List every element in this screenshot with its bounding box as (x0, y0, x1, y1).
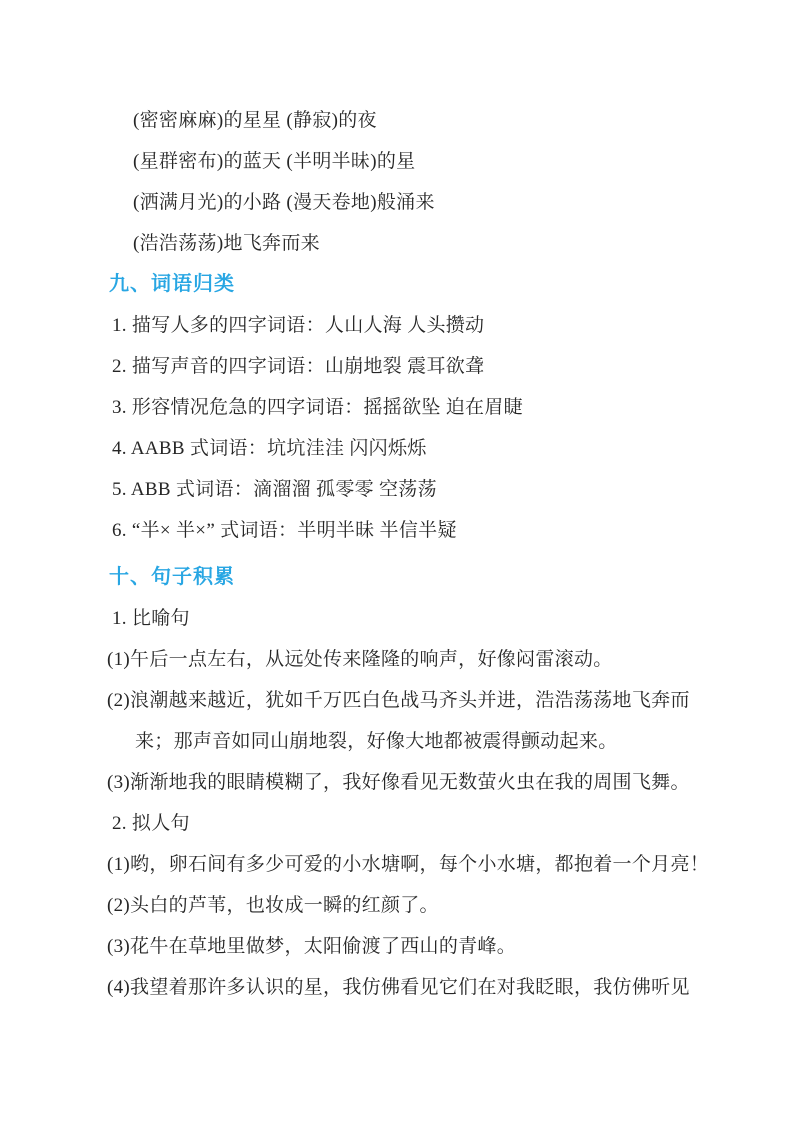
sentence-line: (1)哟，卵石间有多少可爱的小水塘啊，每个小水塘，都抱着一个月亮！ (107, 844, 733, 885)
word-category-item: 3. 形容情况危急的四字词语：摇摇欲坠 迫在眉睫 (107, 387, 733, 428)
word-category-item: 6. “半× 半×” 式词语：半明半昧 半信半疑 (107, 510, 733, 551)
document-content: (密密麻麻)的星星 (静寂)的夜(星群密布)的蓝天 (半明半昧)的星(洒满月光)… (107, 100, 733, 1008)
section-heading-sentence-accumulation: 十、句子积累 (107, 557, 733, 598)
sentence-type-label: 1. 比喻句 (107, 598, 733, 639)
sentence-line: (2)头白的芦苇，也妆成一瞬的红颜了。 (107, 885, 733, 926)
document-page: (密密麻麻)的星星 (静寂)的夜(星群密布)的蓝天 (半明半昧)的星(洒满月光)… (0, 0, 793, 1122)
sentence-line: (3)渐渐地我的眼睛模糊了，我好像看见无数萤火虫在我的周围飞舞。 (107, 762, 733, 803)
sentence-line: 来；那声音如同山崩地裂，好像大地都被震得颤动起来。 (107, 721, 733, 762)
word-category-item: 4. AABB 式词语：坑坑洼洼 闪闪烁烁 (107, 428, 733, 469)
collocation-line: (星群密布)的蓝天 (半明半昧)的星 (107, 141, 733, 182)
sentence-line: (2)浪潮越来越近，犹如千万匹白色战马齐头并进，浩浩荡荡地飞奔而 (107, 680, 733, 721)
section-heading-word-categories: 九、词语归类 (107, 264, 733, 305)
collocation-line: (浩浩荡荡)地飞奔而来 (107, 223, 733, 264)
collocation-line: (洒满月光)的小路 (漫天卷地)般涌来 (107, 182, 733, 223)
sentence-line: (4)我望着那许多认识的星，我仿佛看见它们在对我眨眼，我仿佛听见 (107, 967, 733, 1008)
word-category-item: 2. 描写声音的四字词语：山崩地裂 震耳欲聋 (107, 346, 733, 387)
sentence-line: (1)午后一点左右，从远处传来隆隆的响声，好像闷雷滚动。 (107, 639, 733, 680)
word-category-item: 1. 描写人多的四字词语：人山人海 人头攒动 (107, 305, 733, 346)
sentence-line: (3)花牛在草地里做梦，太阳偷渡了西山的青峰。 (107, 926, 733, 967)
collocation-line: (密密麻麻)的星星 (静寂)的夜 (107, 100, 733, 141)
word-category-item: 5. ABB 式词语：滴溜溜 孤零零 空荡荡 (107, 469, 733, 510)
sentence-type-label: 2. 拟人句 (107, 803, 733, 844)
